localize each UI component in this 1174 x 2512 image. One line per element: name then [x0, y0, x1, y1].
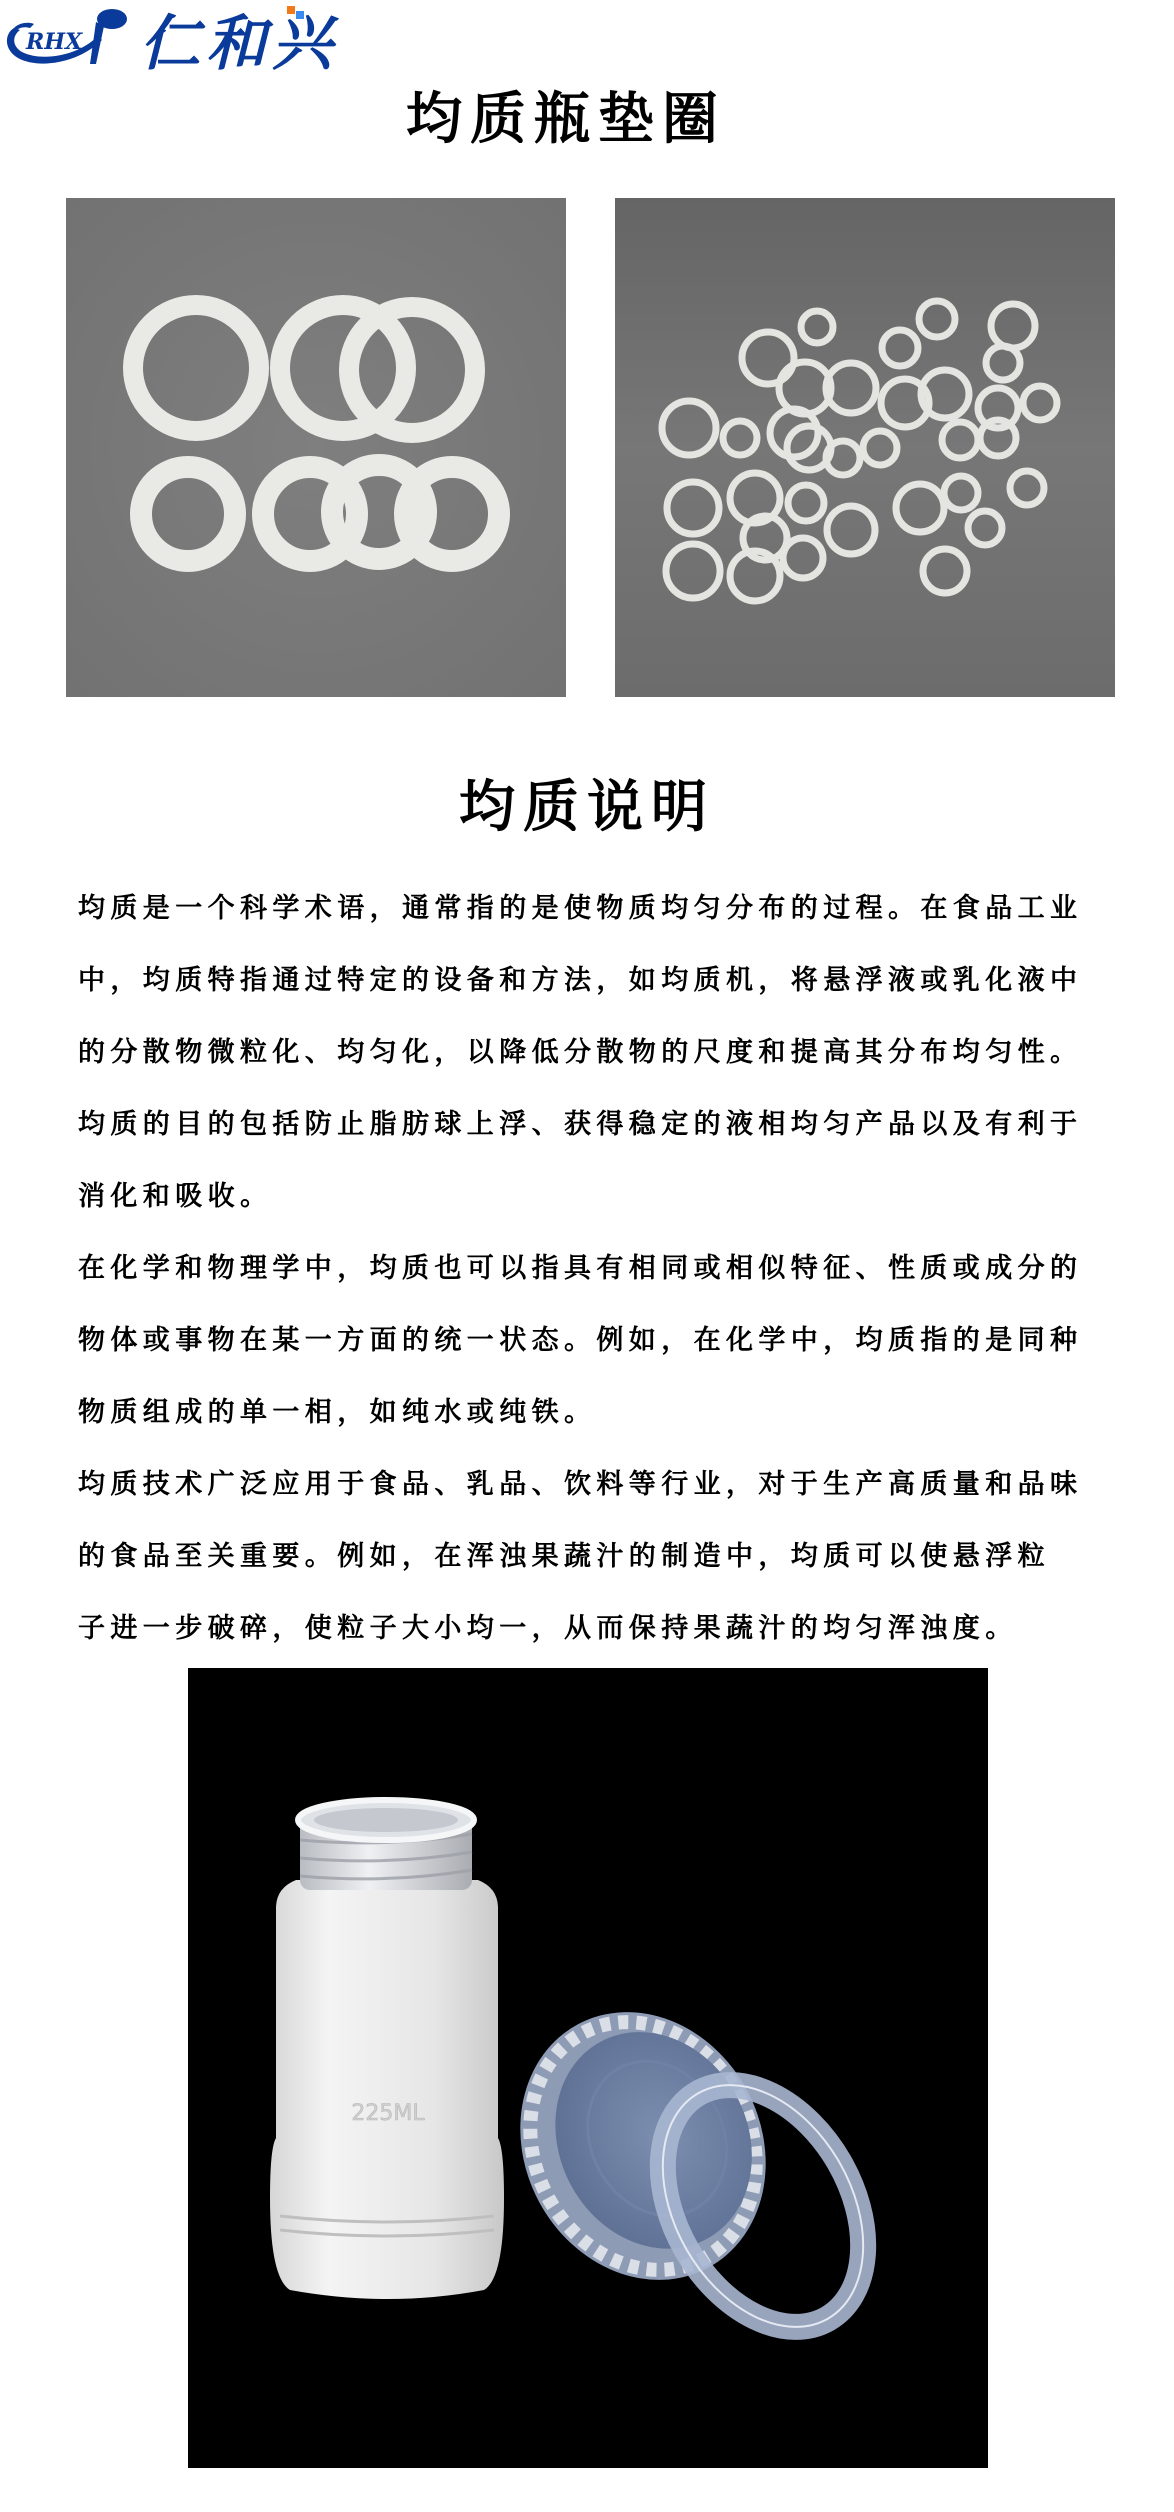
rhx-logo-icon: RHX 仁和兴 — [0, 0, 390, 72]
description-line: 消化和吸收。 — [78, 1161, 1108, 1233]
homogenizer-bottle-photo: 225ML — [188, 1668, 988, 2468]
gasket-rings-large-photo — [66, 198, 566, 697]
description-line: 物体或事物在某一方面的统一状态。例如，在化学中，均质指的是同种 — [78, 1305, 1108, 1377]
description-line: 子进一步破碎，使粒子大小均一，从而保持果蔬汁的均匀浑浊度。 — [78, 1593, 1108, 1665]
description-section-title: 均质说明 — [0, 776, 1174, 840]
description-line: 物质组成的单一相，如纯水或纯铁。 — [78, 1377, 1108, 1449]
description-line: 中，均质特指通过特定的设备和方法，如均质机，将悬浮液或乳化液中 — [78, 945, 1108, 1017]
description-line: 的食品至关重要。例如，在浑浊果蔬汁的制造中，均质可以使悬浮粒 — [78, 1521, 1108, 1593]
brand-logo: RHX 仁和兴 — [0, 0, 390, 72]
svg-text:RHX: RHX — [25, 29, 83, 55]
description-body: 均质是一个科学术语，通常指的是使物质均匀分布的过程。在食品工业 中，均质特指通过… — [78, 873, 1108, 1665]
description-line: 的分散物微粒化、均匀化，以降低分散物的尺度和提高其分布均匀性。 — [78, 1017, 1108, 1089]
gasket-rings-small-photo — [615, 198, 1115, 697]
svg-text:225ML: 225ML — [351, 2101, 425, 2126]
description-line: 均质的目的包括防止脂肪球上浮、获得稳定的液相均匀产品以及有利于 — [78, 1089, 1108, 1161]
svg-text:仁和兴: 仁和兴 — [140, 9, 339, 72]
description-line: 均质技术广泛应用于食品、乳品、饮料等行业，对于生产高质量和品味 — [78, 1449, 1108, 1521]
description-line: 在化学和物理学中，均质也可以指具有相同或相似特征、性质或成分的 — [78, 1233, 1108, 1305]
gasket-section-title: 均质瓶垫圈 — [0, 88, 1153, 152]
description-line: 均质是一个科学术语，通常指的是使物质均匀分布的过程。在食品工业 — [78, 873, 1108, 945]
